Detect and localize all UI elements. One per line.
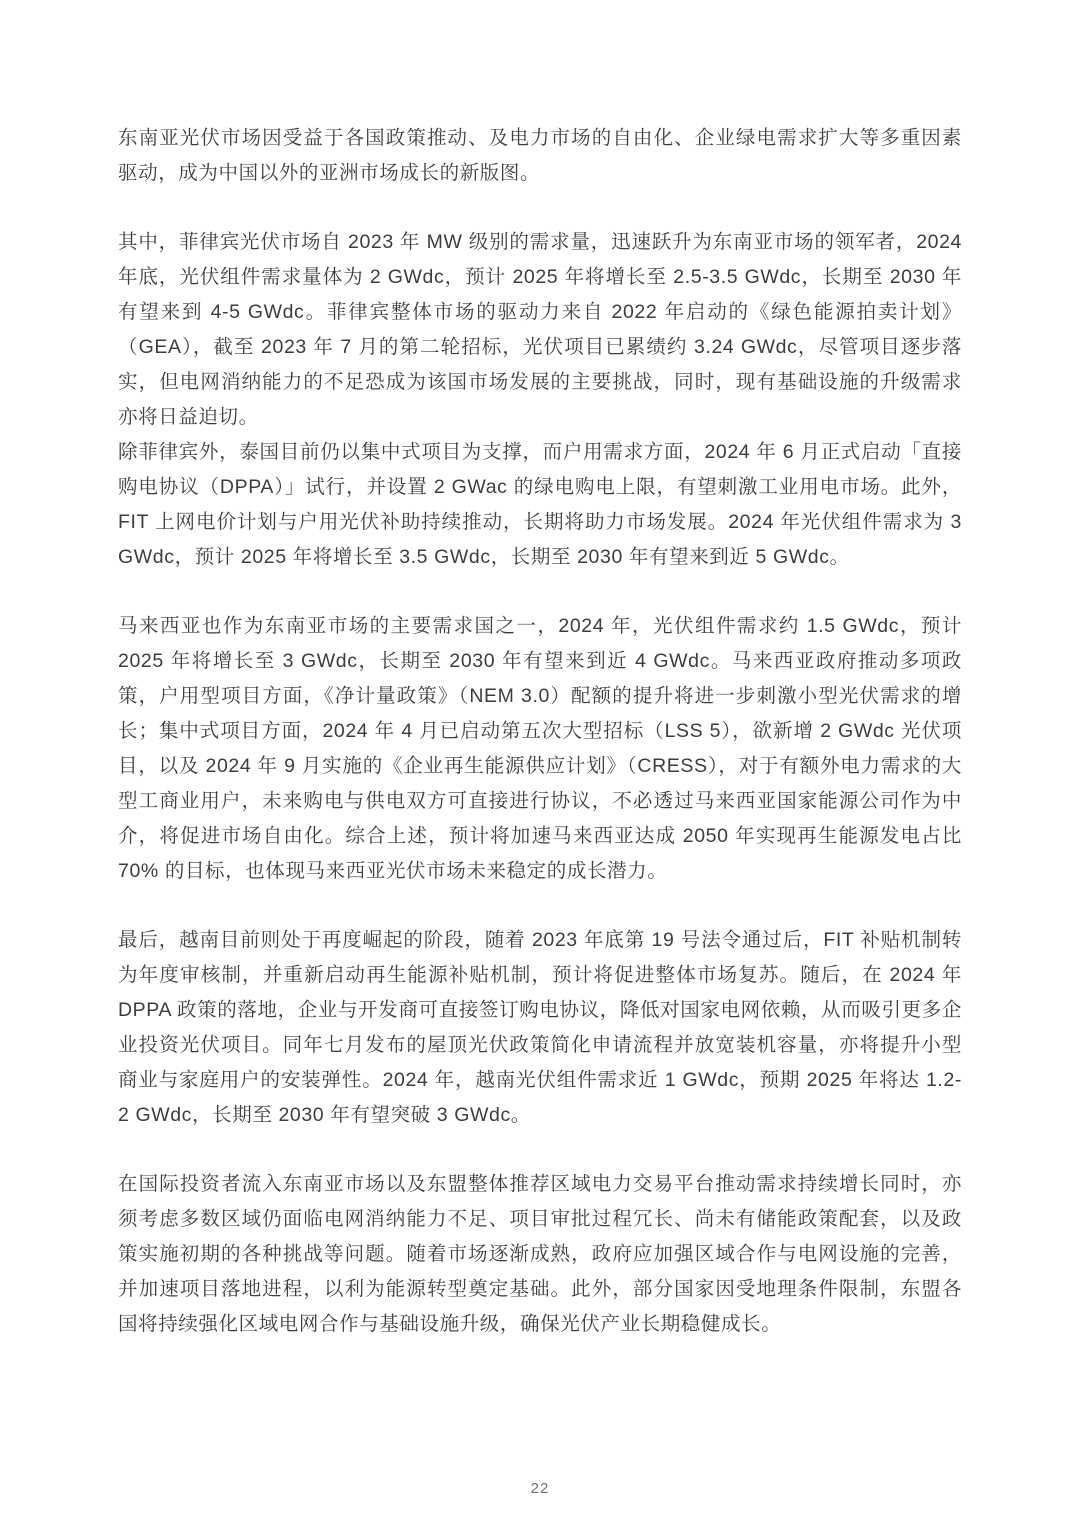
paragraph-vietnam: 最后，越南目前则处于再度崛起的阶段，随着 2023 年底第 19 号法令通过后，… [118,923,962,1133]
paragraph-sea-intro: 东南亚光伏市场因受益于各国政策推动、及电力市场的自由化、企业绿电需求扩大等多重因… [118,121,962,191]
paragraph-thailand: 除菲律宾外，泰国目前仍以集中式项目为支撑，而户用需求方面，2024 年 6 月正… [118,435,962,575]
page-content: 东南亚光伏市场因受益于各国政策推动、及电力市场的自由化、企业绿电需求扩大等多重因… [118,121,962,1376]
paragraph-philippines: 其中，菲律宾光伏市场自 2023 年 MW 级别的需求量，迅速跃升为东南亚市场的… [118,225,962,435]
page-footer: 22 [0,1480,1080,1498]
document-page: 东南亚光伏市场因受益于各国政策推动、及电力市场的自由化、企业绿电需求扩大等多重因… [0,0,1080,1527]
paragraph-malaysia: 马来西亚也作为东南亚市场的主要需求国之一，2024 年，光伏组件需求约 1.5 … [118,609,962,889]
page-number: 22 [531,1480,550,1497]
paragraph-regional-outlook: 在国际投资者流入东南亚市场以及东盟整体推荐区域电力交易平台推动需求持续增长同时，… [118,1167,962,1342]
